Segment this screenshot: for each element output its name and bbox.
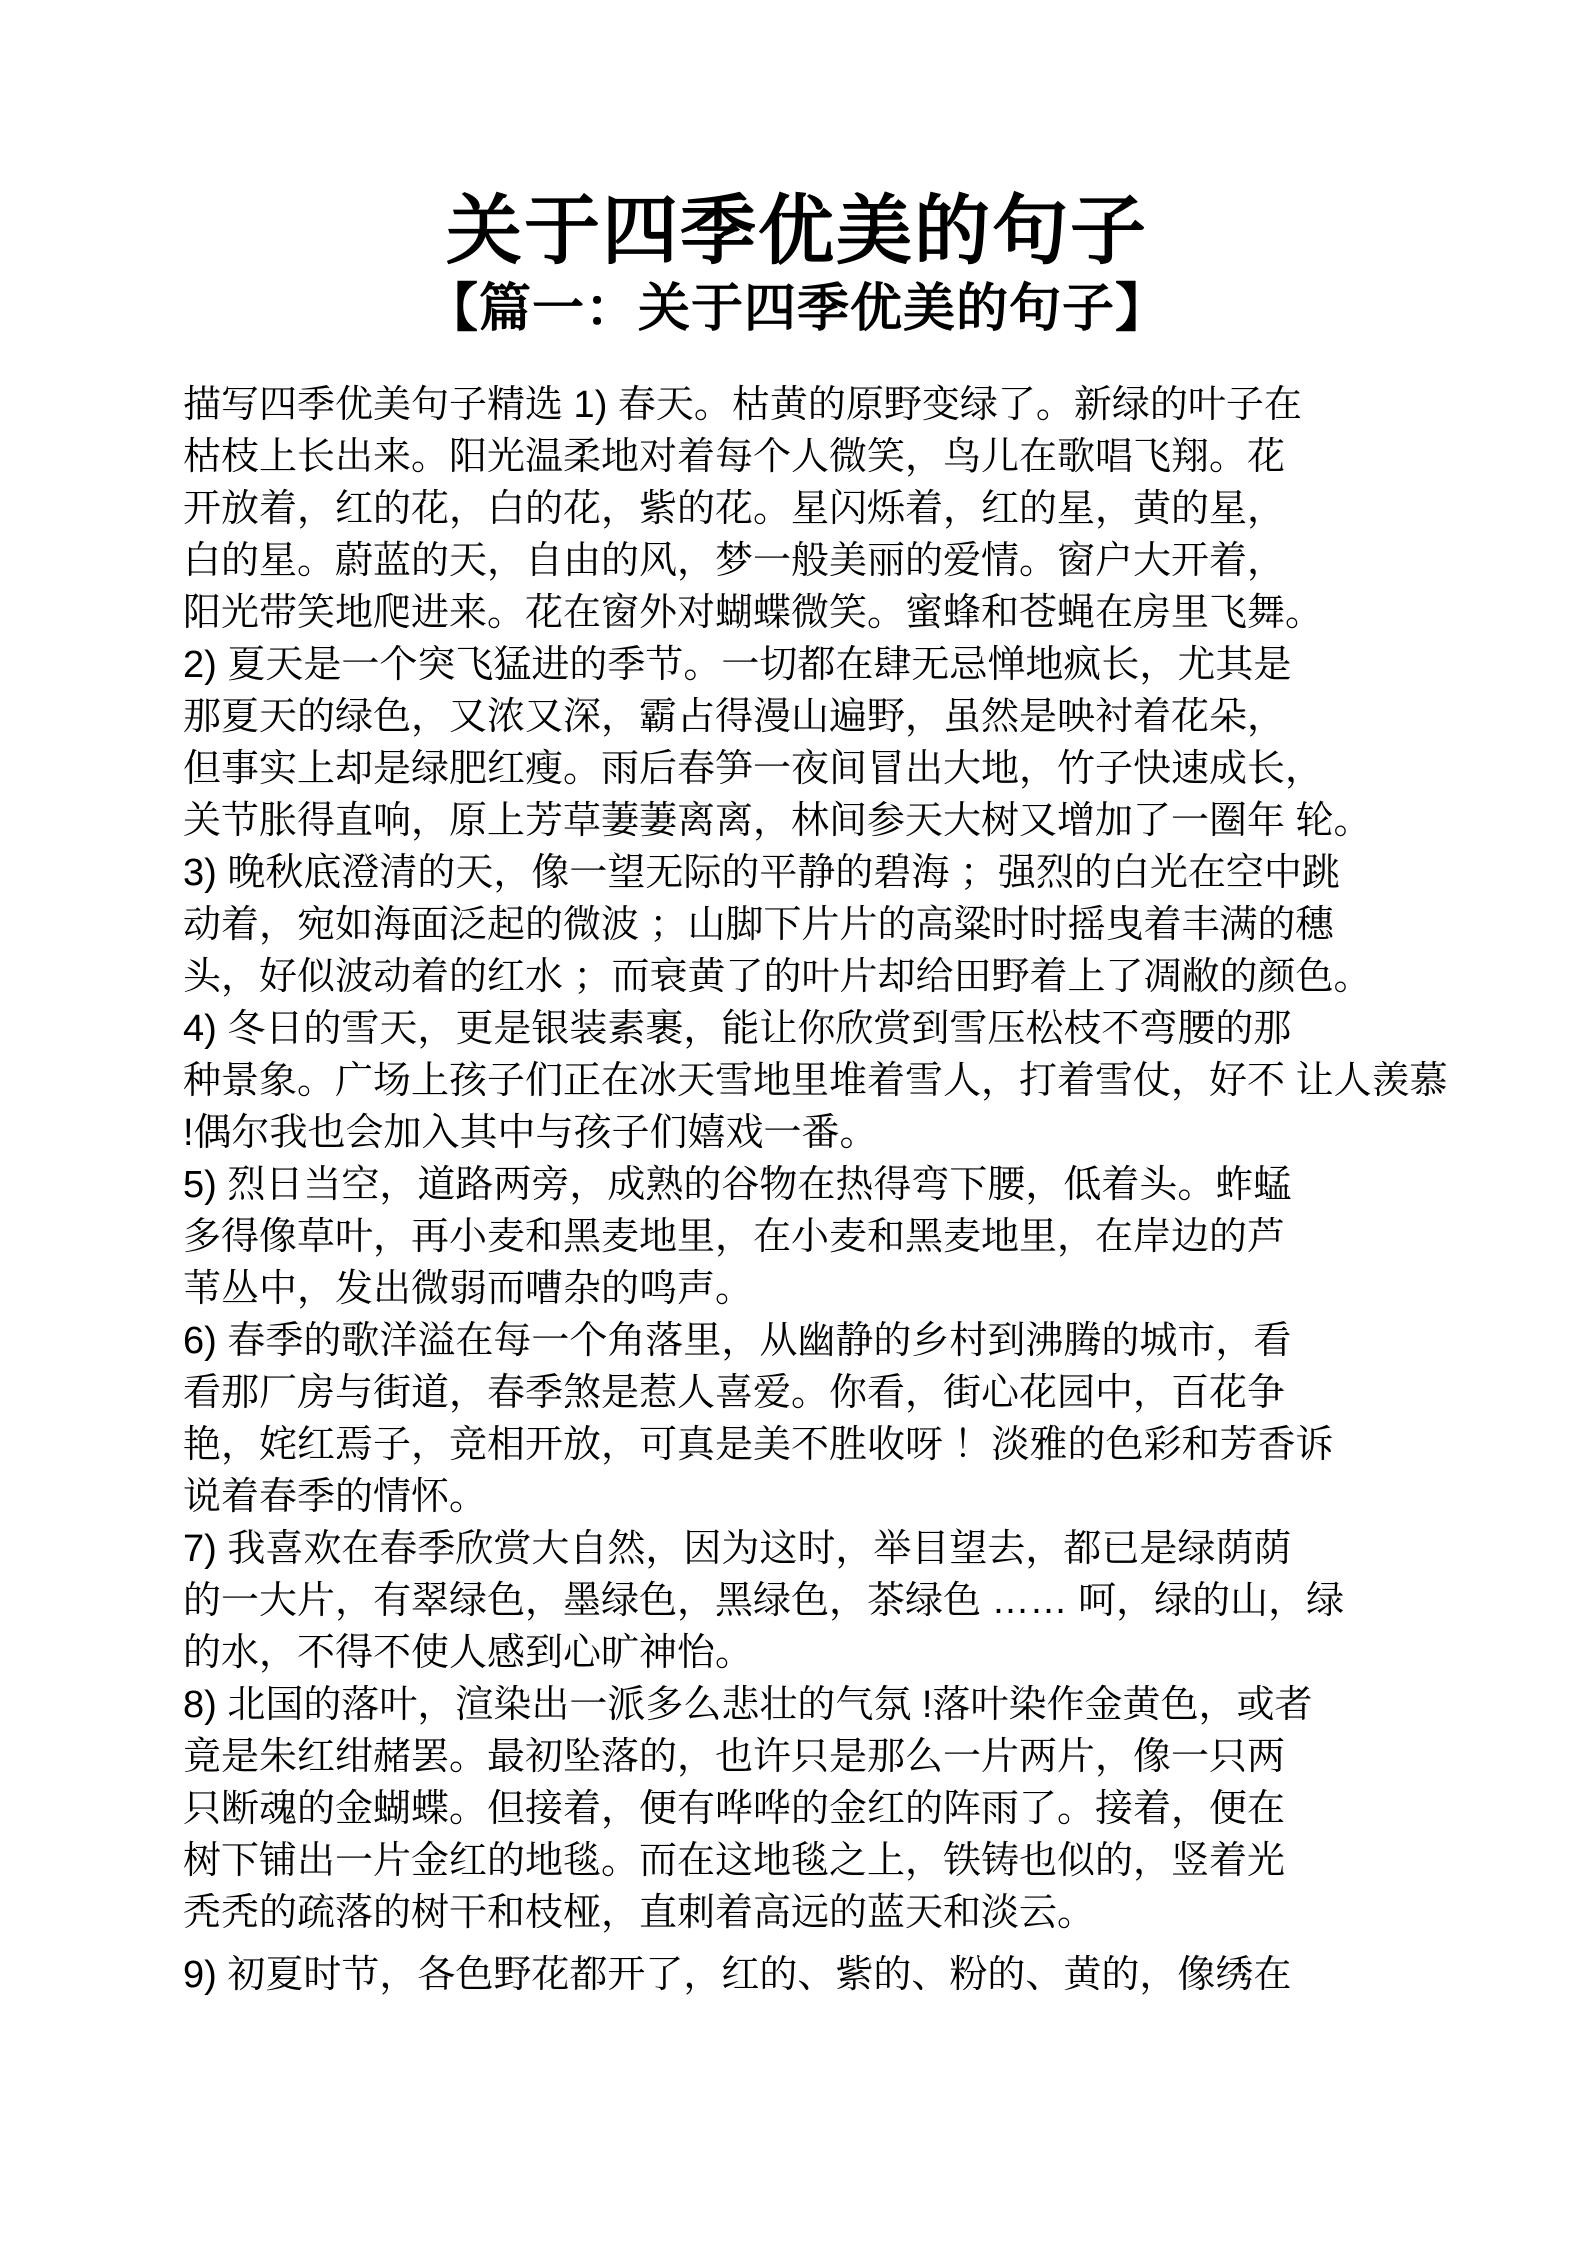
text-line: 那夏天的绿色，又浓又深，霸占得漫山遍野，虽然是映衬着花朵， <box>183 691 1554 743</box>
text-line: 只断魂的金蝴蝶。但接着，便有哗哗的金红的阵雨了。接着，便在 <box>183 1783 1554 1835</box>
text-line: 5) 烈日当空，道路两旁，成熟的谷物在热得弯下腰，低着头。蚱蜢 <box>183 1159 1554 1211</box>
text-line: 动着，宛如海面泛起的微波 ；山脚下片片的高粱时时摇曳着丰满的穗 <box>183 899 1554 951</box>
document-page: 关于四季优美的句子 【篇一：关于四季优美的句子】 描写四季优美句子精选 1) 春… <box>0 0 1594 2256</box>
text-line: 多得像草叶，再小麦和黑麦地里，在小麦和黑麦地里，在岸边的芦 <box>183 1211 1554 1263</box>
text-line: 的一大片，有翠绿色，墨绿色，黑绿色，茶绿色 …… 呵，绿的山，绿 <box>183 1575 1554 1627</box>
section-subtitle: 【篇一：关于四季优美的句子】 <box>0 282 1594 337</box>
text-line: 阳光带笑地爬进来。花在窗外对蝴蝶微笑。蜜蜂和苍蝇在房里飞舞。 <box>183 587 1554 639</box>
text-line: 头，好似波动着的红水 ；而衰黄了的叶片却给田野着上了凋敝的颜色。 <box>183 951 1554 1003</box>
text-line: 竟是朱红绀赭罢。最初坠落的，也许只是那么一片两片，像一只两 <box>183 1731 1554 1783</box>
page-title: 关于四季优美的句子 <box>0 192 1594 272</box>
text-line: 说着春季的情怀。 <box>183 1471 1554 1523</box>
text-line: !偶尔我也会加入其中与孩子们嬉戏一番。 <box>183 1107 1554 1159</box>
text-line: 但事实上却是绿肥红瘦。雨后春笋一夜间冒出大地，竹子快速成长， <box>183 743 1554 795</box>
text-line: 2) 夏天是一个突飞猛进的季节。一切都在肆无忌惮地疯长，尤其是 <box>183 639 1554 691</box>
text-line: 枯枝上长出来。阳光温柔地对着每个人微笑，鸟儿在歌唱飞翔。花 <box>183 431 1554 483</box>
text-line: 苇丛中，发出微弱而嘈杂的鸣声。 <box>183 1263 1554 1315</box>
text-line: 艳，姹红焉子，竞相开放，可真是美不胜收呀 ！淡雅的色彩和芳香诉 <box>183 1419 1554 1471</box>
body-text: 描写四季优美句子精选 1) 春天。枯黄的原野变绿了。新绿的叶子在 枯枝上长出来。… <box>183 379 1554 2001</box>
text-line: 4) 冬日的雪天，更是银装素裹，能让你欣赏到雪压松枝不弯腰的那 <box>183 1003 1554 1055</box>
text-line: 树下铺出一片金红的地毯。而在这地毯之上，铁铸也似的，竖着光 <box>183 1835 1554 1887</box>
text-line: 描写四季优美句子精选 1) 春天。枯黄的原野变绿了。新绿的叶子在 <box>183 379 1554 431</box>
text-line: 3) 晚秋底澄清的天，像一望无际的平静的碧海 ；强烈的白光在空中跳 <box>183 847 1554 899</box>
text-line: 8) 北国的落叶，渲染出一派多么悲壮的气氛 !落叶染作金黄色，或者 <box>183 1679 1554 1731</box>
text-line: 7) 我喜欢在春季欣赏大自然，因为这时，举目望去，都已是绿荫荫 <box>183 1523 1554 1575</box>
text-line: 9) 初夏时节，各色野花都开了，红的、紫的、粉的、黄的，像绣在 <box>183 1949 1554 2001</box>
text-line: 种景象。广场上孩子们正在冰天雪地里堆着雪人，打着雪仗，好不 让人羡慕 <box>183 1055 1554 1107</box>
text-line: 的水，不得不使人感到心旷神怡。 <box>183 1627 1554 1679</box>
text-line: 6) 春季的歌洋溢在每一个角落里，从幽静的乡村到沸腾的城市，看 <box>183 1315 1554 1367</box>
text-line: 秃秃的疏落的树干和枝桠，直刺着高远的蓝天和淡云。 <box>183 1887 1554 1939</box>
text-line: 关节胀得直响，原上芳草萋萋离离，林间参天大树又增加了一圈年 轮。 <box>183 795 1554 847</box>
text-line: 看那厂房与街道，春季煞是惹人喜爱。你看，街心花园中，百花争 <box>183 1367 1554 1419</box>
text-line: 开放着，红的花，白的花，紫的花。星闪烁着，红的星，黄的星， <box>183 483 1554 535</box>
text-line: 白的星。蔚蓝的天，自由的风，梦一般美丽的爱情。窗户大开着， <box>183 535 1554 587</box>
